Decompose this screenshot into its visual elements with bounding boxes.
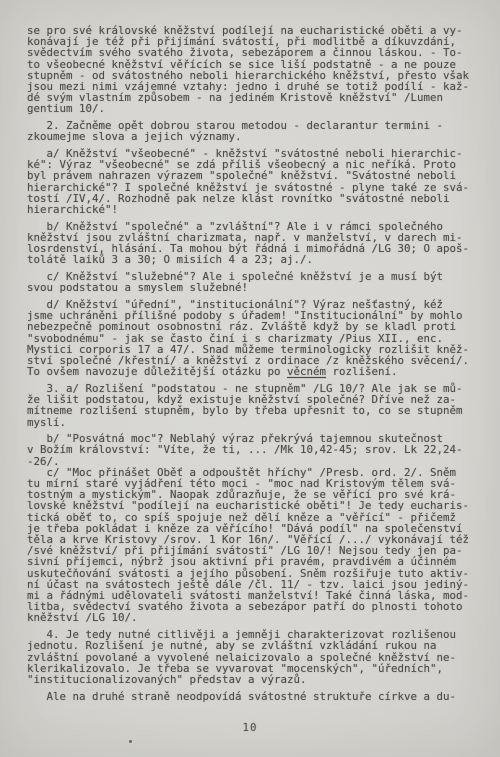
scan-speck <box>129 740 132 743</box>
paragraph-4: 4. Je tedy nutné citlivěji a jemněji cha… <box>27 624 485 686</box>
paragraph-5-partial: Ale na druhé straně neodpovídá svátostné… <box>27 685 485 702</box>
page-number: 10 <box>0 721 500 734</box>
paragraph-2d-tail: rozlišení. <box>326 365 398 378</box>
paragraph-2c: c/ Kněžství "služebné"? Ale i společné k… <box>27 266 485 294</box>
paragraph-2d-head: d/ Kněžství "úřední", "institucionální"?… <box>27 298 469 378</box>
paragraph-2d: d/ Kněžství "úřední", "institucionální"?… <box>27 293 485 377</box>
paragraph-3c: c/ "Moc přinášet Oběť a odpouštět hříchy… <box>27 467 485 624</box>
scanned-document-page: se pro své královské kněžství podílejí n… <box>0 0 500 757</box>
paragraph-2: 2. Začněme opět dobrou starou metodou - … <box>27 115 485 143</box>
paragraph-3a: 3. a/ Rozlišení "podstatou - ne stupněm"… <box>27 377 485 427</box>
paragraph-2b: b/ Kněžství "společné" a "zvláštní"? Ale… <box>27 215 485 265</box>
paragraph-3b: b/ "Posvátná moc"? Neblahý výraz překrýv… <box>27 428 485 467</box>
document-body: se pro své královské kněžství podílejí n… <box>27 25 485 702</box>
paragraph-2a: a/ Kněžství "všeobecné" - kněžství "svát… <box>27 143 485 216</box>
underlined-word: věcném <box>287 365 326 378</box>
paragraph-continuation: se pro své královské kněžství podílejí n… <box>27 25 485 115</box>
